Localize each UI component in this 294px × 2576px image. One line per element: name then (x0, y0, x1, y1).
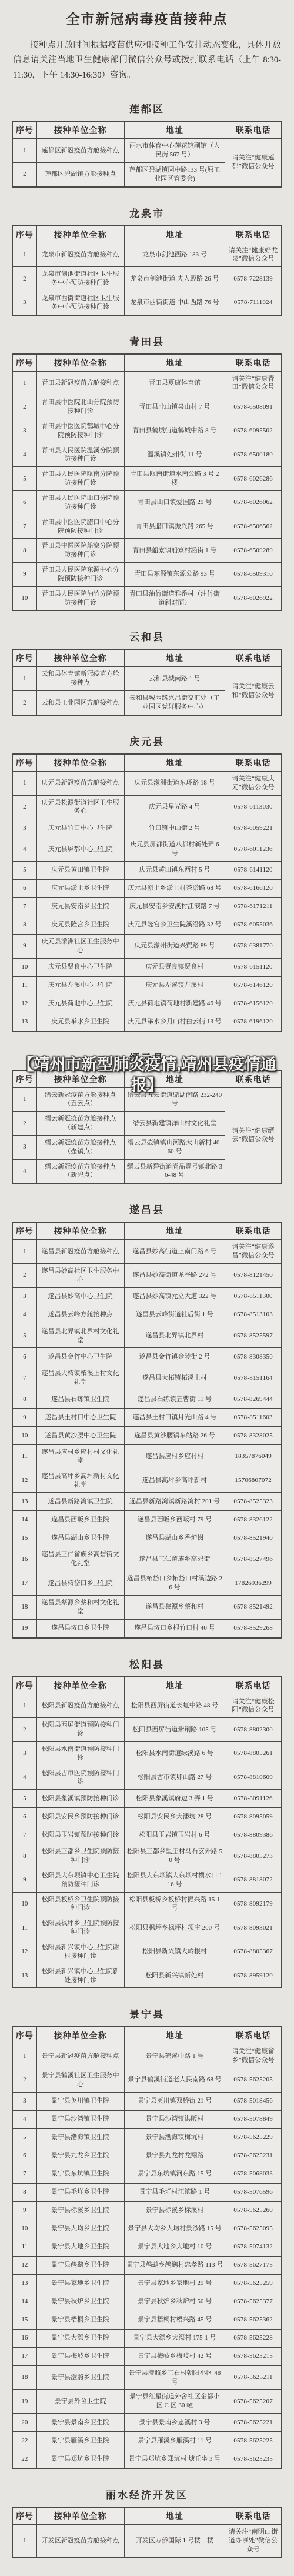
row-number-cell: 1 (12, 139, 36, 163)
address-cell: 遂昌县应村乡应村村 (124, 1445, 225, 1469)
table-row: 18景宁县澄照乡卫生院景宁县澄照乡三石村朝阳小区 48 号0578-562521… (12, 2365, 282, 2390)
row-number-cell: 19 (12, 2390, 36, 2414)
row-number-cell: 5 (12, 467, 36, 491)
address-cell: 青田县腊口镇振兴路 265 号 (124, 515, 225, 539)
address-cell: 丽水市体育中心莲花馆副馆（人民街 567 号） (124, 139, 225, 163)
address-cell: 青田县船寮镇船寮村涵街 1 号 (124, 539, 225, 563)
unit-name-cell: 景宁县梅岐乡卫生院 (36, 2347, 124, 2365)
phone-cell: 请关注“南明山街道办事处”微信公众号 (225, 2525, 282, 2558)
table-row: 19遂昌县垵口乡卫生院遂昌县垵口乡根竹口村 40 号0578-8529268 (12, 1619, 282, 1638)
vaccination-table: 序号接种单位全称地址联系电话1松阳县新冠疫苗方舱接种点松阳县西屏街道长虹中路 4… (12, 1676, 282, 1989)
unit-name-cell: 景宁县家地乡卫生院 (36, 2274, 124, 2293)
phone-cell: 0578-6141120 (225, 861, 282, 879)
table-row: 6庆元县淤上乡卫生院庆元县淤上乡淤上村茶淤路 68 号0578-6166120 (12, 879, 282, 897)
vaccination-table: 序号接种单位全称地址联系电话1庆元县新冠疫苗方舱接种点庆元县濛洲街道东环路 18… (12, 753, 282, 1032)
address-cell: 景宁县秋炉乡秋炉村 50 号 (124, 2293, 225, 2311)
unit-name-cell: 庆元县举水乡卫生院 (36, 1013, 124, 1032)
row-number-cell: 10 (12, 1892, 36, 1916)
phone-cell: 请关注“健康莲都”微信公众号 (225, 139, 282, 187)
watermark-text: 【靖州市新型肺炎疫情,靖州县疫情通报】 (0, 1055, 294, 1096)
table-row: 5景宁县渤海镇卫生院景宁县渤海镇梅坑村0578-5625229 (12, 2128, 282, 2147)
unit-name-cell: 松阳县新冠疫苗方舱接种点 (36, 1694, 124, 1718)
table-row: 7景宁县东坑镇卫生院景宁县东坑镇河东路 15 号0578-5068033 (12, 2165, 282, 2183)
column-header: 地址 (124, 121, 225, 139)
table-row: 9青田县人民医院东源中心分院预防接种门诊青田县东源镇东源公路 93 号0578-… (12, 563, 282, 587)
section-title: 莲都区 (12, 101, 282, 115)
table-row: 7庆元县安南乡卫生院庆元县安南乡安溪村江滨路 7 号0578-6171211 (12, 897, 282, 916)
table-row: 12遂昌县高坪乡高坪新村文化礼堂遂昌县高坪乡高坪新村15706807072 (12, 1469, 282, 1493)
phone-cell: 0578-5625215 (225, 2347, 282, 2365)
address-cell: 景宁县渤海镇梅坑村 (124, 2128, 225, 2147)
row-number-cell: 8 (12, 916, 36, 934)
row-number-cell: 14 (12, 1511, 36, 1529)
table-row: 4景宁县沙湾镇卫生院景宁县沙湾镇洪畈村0578-5078849 (12, 2110, 282, 2128)
table-row: 16遂昌县三仁畲族乡高碧街文化礼堂遂昌县三仁畲族乡高碧街0578-8527496 (12, 1547, 282, 1571)
row-number-cell: 1 (12, 2044, 36, 2068)
address-cell: 庆元县星光路 4 号 (124, 795, 225, 819)
row-number-cell: 13 (12, 1493, 36, 1511)
phone-cell: 0578-8521940 (225, 1529, 282, 1547)
document-page: 全市新冠病毒疫苗接种点 接种点开放时间根据疫苗供应和接种工作安排动态变化，具体开… (0, 0, 294, 2576)
phone-cell: 0578-5625211 (225, 2365, 282, 2390)
unit-name-cell: 松阳县安民乡预防接种门诊 (36, 1808, 124, 1826)
address-cell: 景宁县大漈乡大漈村 175-1 号 (124, 2329, 225, 2347)
phone-cell: 0578-5625259 (225, 2274, 282, 2293)
phone-cell: 0578-8805261 (225, 1741, 282, 1766)
column-header: 联系电话 (225, 354, 282, 372)
table-row: 6遂昌县金竹中心卫生院遂昌县金竹镇金陵街 2 号0578-8308350 (12, 1348, 282, 1366)
unit-name-cell: 松阳县大东坝镇中心卫生院预防接种门诊 (36, 1868, 124, 1892)
phone-cell: 0578-5074132 (225, 2238, 282, 2256)
address-cell: 景宁县郑坑乡郑坑村 塘丘坐 3 号 (124, 2450, 225, 2469)
column-header: 序号 (12, 354, 36, 372)
row-number-cell: 20 (12, 2414, 36, 2432)
unit-name-cell: 庆元县竹口中心卫生院 (36, 819, 124, 837)
phone-cell: 0578-5625231 (225, 2147, 282, 2165)
column-header: 序号 (12, 121, 36, 139)
phone-cell: 0578-8151164 (225, 1366, 282, 1390)
unit-name-cell: 开发区新冠疫苗方舱接种点 (36, 2525, 124, 2558)
address-cell: 景宁县鹤溪中路 1 号 (124, 2044, 225, 2068)
address-cell: 景宁县梅岐乡梅岐村 42 号 (124, 2347, 225, 2365)
header-row: 序号接种单位全称地址联系电话 (12, 649, 282, 667)
unit-name-cell: 遂昌县湖山乡卫生院 (36, 1529, 124, 1547)
unit-name-cell: 青田县人民医院温溪分院预防接种门诊 (36, 443, 124, 467)
phone-cell: 0578-7111024 (225, 291, 282, 315)
row-number-cell: 7 (12, 897, 36, 916)
phone-cell: 请关注“健康好龙泉”微信公众号 (225, 243, 282, 267)
phone-cell: 0578-6196120 (225, 1013, 282, 1032)
row-number-cell: 16 (12, 1547, 36, 1571)
table-row: 8松阳县三都乡卫生院预防接种门诊松阳县三都乡里庄村马石玄外路 50 号0578-… (12, 1844, 282, 1868)
table-row: 8庆元县隆宫乡卫生院庆元县隆宫乡卫生院溪沿路 32 号0578-6055036 (12, 916, 282, 934)
unit-name-cell: 庆元县隆宫乡卫生院 (36, 916, 124, 934)
address-cell: 遂昌县三仁畲族乡高碧街 (124, 1547, 225, 1571)
unit-name-cell: 松阳县新兴镇中心卫生院谢村接种门诊 (36, 1940, 124, 1964)
row-number-cell: 2 (12, 267, 36, 291)
address-cell: 遂昌县北界镇北界村 (124, 1324, 225, 1348)
row-number-cell: 1 (12, 1694, 36, 1718)
row-number-cell: 15 (12, 2311, 36, 2329)
address-cell: 云和县城南路 1 号 (124, 667, 225, 691)
vaccination-table: 序号接种单位全称地址联系电话1云和县体育馆新冠疫苗方舱接种点云和县城南路 1 号… (12, 649, 282, 715)
section-title: 松阳县 (12, 1656, 282, 1671)
phone-cell: 0578-6509289 (225, 539, 282, 563)
phone-cell: 0578-8093021 (225, 1916, 282, 1940)
header-row: 序号接种单位全称地址联系电话 (12, 1677, 282, 1694)
section-title: 遂昌县 (12, 1202, 282, 1216)
table-row: 2庆元县松源街道社区卫生服务心庆元县星光路 4 号0578-6113030 (12, 795, 282, 819)
table-row: 9庆元县濛洲社区卫生服务中心庆元县濛州街道兴贸路 89 号0578-638177… (12, 934, 282, 958)
row-number-cell: 4 (12, 1159, 36, 1183)
unit-name-cell: 景宁县鹤溪社区卫生服务中心 (36, 2068, 124, 2093)
table-row: 3景宁县英川镇卫生院景宁县英川镇双桥街 21 号0578-5018456 (12, 2092, 282, 2110)
address-cell: 遂昌县新路湾镇新路湾村 201 号 (124, 1493, 225, 1511)
address-cell: 景宁县大均乡大均村景沙路 15 号 (124, 2220, 225, 2238)
table-row: 10庆元县贤良中心卫生院庆元县贤良镇贤良村0578-6151120 (12, 958, 282, 976)
address-cell: 缙云县新碧街道尚品壹号镇北路 36-48 号 (124, 1159, 225, 1183)
unit-name-cell: 景宁县新冠疫苗方舱接种点 (36, 2044, 124, 2068)
table-row: 13遂昌县新路湾镇卫生院遂昌县新路湾镇新路湾村 201 号0578-852532… (12, 1493, 282, 1511)
address-cell: 遂昌县垵口乡根竹口村 40 号 (124, 1619, 225, 1638)
column-header: 地址 (124, 226, 225, 243)
unit-name-cell: 缙云新冠疫苗方舱接种点（新碧点） (36, 1159, 124, 1183)
row-number-cell: 10 (12, 2220, 36, 2238)
address-cell: 松阳县象溪镇府边 3 弄 1 号 (124, 1790, 225, 1808)
unit-name-cell: 遂昌县妙高中心卫生院 (36, 1287, 124, 1306)
unit-name-cell: 青田县中医医院船寮分院预防接种门诊 (36, 539, 124, 563)
address-cell: 庆元县安南乡安溪村江滨路 7 号 (124, 897, 225, 916)
address-cell: 遂昌县柘岱口乡柘岱口村溪边路 26 号 (124, 1571, 225, 1596)
column-header: 序号 (12, 2507, 36, 2525)
phone-cell: 0578-6381770 (225, 934, 282, 958)
unit-name-cell: 景宁县梧桐乡卫生院 (36, 2311, 124, 2329)
address-cell: 龙泉市剑池西路 183 号 (124, 243, 225, 267)
address-cell: 松阳县玉岩镇玉岩村 6 号 (124, 1826, 225, 1844)
column-header: 联系电话 (225, 121, 282, 139)
address-cell: 景宁县英川镇双桥街 21 号 (124, 2092, 225, 2110)
address-cell: 遂昌县黄沙腰镇车站路 26 号 (124, 1427, 225, 1445)
unit-name-cell: 景宁县标溪乡卫生院 (36, 2201, 124, 2220)
column-header: 接种单位全称 (36, 1222, 124, 1240)
table-row: 4遂昌县云峰方舱接种点遂昌县云峰街道社后街 1 号0578-8513103 (12, 1306, 282, 1324)
phone-cell: 0578-8810609 (225, 1766, 282, 1790)
column-header: 序号 (12, 649, 36, 667)
table-row: 11松阳县枫坪乡卫生院预防接种门诊松阳县枫坪乡枫坪村项庄 200 号0578-8… (12, 1916, 282, 1940)
address-cell: 遂昌县蔡源乡蔡和村 (124, 1595, 225, 1619)
address-cell: 景宁县景南乡忠溪村 3 号 (124, 2414, 225, 2432)
column-header: 序号 (12, 1222, 36, 1240)
row-number-cell: 9 (12, 563, 36, 587)
table-row: 17景宁县梅岐乡卫生院景宁县梅岐乡梅岐村 42 号0578-5625215 (12, 2347, 282, 2365)
column-header: 地址 (124, 754, 225, 772)
row-number-cell: 4 (12, 1766, 36, 1790)
address-cell: 庆元县濛州街道兴贸路 89 号 (124, 934, 225, 958)
table-row: 1开发区新冠疫苗方舱接种点开发区万侨国际 1 号楼一楼请关注“南明山街道办事处”… (12, 2525, 282, 2558)
row-number-cell: 11 (12, 1445, 36, 1469)
row-number-cell: 8 (12, 1844, 36, 1868)
row-number-cell: 7 (12, 2165, 36, 2183)
table-row: 5遂昌县北界镇北界村文化礼堂遂昌县北界镇北界村0578-8525597 (12, 1324, 282, 1348)
address-cell: 松阳县西屏街道长虹中路 48 号 (124, 1694, 225, 1718)
phone-cell: 0578-8809386 (225, 1826, 282, 1844)
unit-name-cell: 景宁县外舍卫生院 (36, 2390, 124, 2414)
address-cell: 松阳县枫坪乡枫坪村项庄 200 号 (124, 1916, 225, 1940)
table-row: 6青田县人民医院山口分院预防接种门诊青田县山口镇爱国路 29 号0578-602… (12, 491, 282, 515)
phone-cell: 0578-6508091 (225, 395, 282, 419)
address-cell: 庆元县屏都街道八都村新处弄 6 号 (124, 837, 225, 862)
header-row: 序号接种单位全称地址联系电话 (12, 354, 282, 372)
column-header: 联系电话 (225, 649, 282, 667)
unit-name-cell: 遂昌县云峰方舱接种点 (36, 1306, 124, 1324)
phone-cell: 0578-8818072 (225, 1868, 282, 1892)
table-row: 7遂昌县大柘镇柘溪上村文化礼堂遂昌县大柘镇柘溪上村0578-8151164 (12, 1366, 282, 1390)
column-header: 序号 (12, 226, 36, 243)
table-row: 1遂昌县新冠疫苗方舱接种点遂昌县妙高街道上南门路 6 号请关注“健康遂昌”微信公… (12, 1240, 282, 1264)
table-row: 6松阳县安民乡预防接种门诊松阳县安民乡大潘坑 28 号0578-8095059 (12, 1808, 282, 1826)
column-header: 联系电话 (225, 1222, 282, 1240)
phone-cell: 请关注“健康云和”微信公众号 (225, 667, 282, 715)
unit-name-cell: 景宁县沙湾镇卫生院 (36, 2110, 124, 2128)
phone-cell: 请关注“健康松阳”微信公众号 (225, 1694, 282, 1718)
column-header: 序号 (12, 2027, 36, 2044)
phone-cell: 0578-5625225 (225, 2432, 282, 2450)
unit-name-cell: 遂昌县垵口乡卫生院 (36, 1619, 124, 1638)
unit-name-cell: 景宁县英川镇卫生院 (36, 2092, 124, 2110)
address-cell: 莲都区碧湖镇园中路133 号(原工业园区管委会) (124, 162, 225, 186)
table-row: 22景宁县雁溪乡卫生院景宁县雁溪乡雁溪村 11 号0578-5625225 (12, 2432, 282, 2450)
address-cell: 青田县山口镇爱国路 29 号 (124, 491, 225, 515)
table-row: 10遂昌县黄沙腰中心卫生院遂昌县黄沙腰镇车站路 26 号0578-8328025 (12, 1427, 282, 1445)
table-row: 12松阳县新兴镇中心卫生院谢村接种门诊松阳县新兴镇大岭根村0578-880536… (12, 1940, 282, 1964)
address-cell: 青田县油竹街道雅岙村（油竹街道斜对面） (124, 586, 225, 610)
unit-name-cell: 青田县中医医院腊口中心分院预防接种门诊 (36, 515, 124, 539)
unit-name-cell: 莲都区碧湖镇方舱接种点 (36, 162, 124, 186)
unit-name-cell: 遂昌县应村乡应村村文化礼堂 (36, 1445, 124, 1469)
table-row: 7松阳县玉岩镇预防接种门诊松阳县玉岩镇玉岩村 6 号0578-8809386 (12, 1826, 282, 1844)
row-number-cell: 9 (12, 1868, 36, 1892)
row-number-cell: 9 (12, 934, 36, 958)
phone-cell: 0578-8269444 (225, 1390, 282, 1409)
table-row: 3松阳县水南街道预防接种门诊松阳县水南街道绿溪路 6 号0578-8805261 (12, 1741, 282, 1766)
phone-cell: 0578-8511603 (225, 1409, 282, 1427)
row-number-cell: 16 (12, 2329, 36, 2347)
table-row: 4松阳县古市医院预防接种门诊松阳县古市镇卯山路 27 号0578-8810609 (12, 1766, 282, 1790)
row-number-cell: 2 (12, 162, 36, 186)
phone-cell: 0578-6166120 (225, 879, 282, 897)
phone-cell: 0578-5625205 (225, 2068, 282, 2093)
phone-cell: 0578-6506562 (225, 515, 282, 539)
address-cell: 松阳县安民乡大潘坑 28 号 (124, 1808, 225, 1826)
address-cell: 温溪镇处州街 11 号 (124, 443, 225, 467)
row-number-cell: 18 (12, 2365, 36, 2390)
address-cell: 缙云县壶镇镇山河路大山新村 40-60 号 (124, 1135, 225, 1159)
phone-cell: 0578-8328025 (225, 1427, 282, 1445)
row-number-cell: 6 (12, 491, 36, 515)
address-cell: 庆元县举水乡月山村白云街 13 号 (124, 1013, 225, 1032)
unit-name-cell: 景宁县东坑镇卫生院 (36, 2165, 124, 2183)
unit-name-cell: 龙泉市剑池街道社区卫生服务中心预防接种门诊 (36, 267, 124, 291)
row-number-cell: 13 (12, 2274, 36, 2293)
address-cell: 遂昌县高坪乡高坪新村 (124, 1469, 225, 1493)
phone-cell: 0578-6095502 (225, 419, 282, 443)
section-title: 云和县 (12, 629, 282, 643)
district-section: 丽水经济开发区序号接种单位全称地址联系电话1开发区新冠疫苗方舱接种点开发区万侨国… (12, 2487, 282, 2558)
address-cell: 青田县瓯南街道水南公路 3 号 2 楼 (124, 467, 225, 491)
table-row: 1松阳县新冠疫苗方舱接种点松阳县西屏街道长虹中路 48 号请关注“健康松阳”微信… (12, 1694, 282, 1718)
phone-cell: 0578-5625228 (225, 2329, 282, 2347)
row-number-cell: 2 (12, 395, 36, 419)
phone-cell: 0578-6146120 (225, 976, 282, 995)
unit-name-cell: 松阳县新兴镇中心卫生院新处接种门诊 (36, 1964, 124, 1988)
phone-cell: 0578-5625221 (225, 2414, 282, 2432)
column-header: 联系电话 (225, 754, 282, 772)
address-cell: 景宁县标溪乡标溪村 (124, 2201, 225, 2220)
table-row: 2景宁县鹤溪社区卫生服务中心景宁县鹤溪街道老人民南路 68 号0578-5625… (12, 2068, 282, 2093)
intro-paragraph: 接种点开放时间根据疫苗供应和接种工作安排动态变化，具体开放信息请关注当地卫生健康… (13, 38, 281, 83)
phone-cell: 0578-5078849 (225, 2110, 282, 2128)
address-cell: 松阳县板桥乡板桥村振兴路 15-1 号 (124, 1892, 225, 1916)
vaccination-table: 序号接种单位全称地址联系电话1开发区新冠疫苗方舱接种点开发区万侨国际 1 号楼一… (12, 2507, 282, 2558)
table-row: 1景宁县新冠疫苗方舱接种点景宁县鹤溪中路 1 号请关注“健康畲乡”微信公众号 (12, 2044, 282, 2068)
column-header: 序号 (12, 1677, 36, 1694)
address-cell: 庆元县黄田镇东西村 5 号 (124, 861, 225, 879)
table-row: 5松阳县象溪镇预防接种门诊松阳县象溪镇府边 3 弄 1 号0578-809112… (12, 1790, 282, 1808)
district-section: 青田县序号接种单位全称地址联系电话1青田县新冠疫苗方舱接种点青田县夏康体育馆请关… (12, 333, 282, 612)
row-number-cell: 18 (12, 1595, 36, 1619)
table-row: 10景宁县大均乡卫生院景宁县大均乡大均村景沙路 15 号0578-5625095 (12, 2220, 282, 2238)
row-number-cell: 11 (12, 976, 36, 995)
table-row: 8青田县中医医院船寮分院预防接种门诊青田县船寮镇船寮村涵街 1 号0578-65… (12, 539, 282, 563)
column-header: 接种单位全称 (36, 2027, 124, 2044)
unit-name-cell: 松阳县水南街道预防接种门诊 (36, 1741, 124, 1766)
table-row: 11遂昌县应村乡应村村文化礼堂遂昌县应村乡应村村18357876049 (12, 1445, 282, 1469)
unit-name-cell: 景宁县景南乡卫生院 (36, 2414, 124, 2432)
table-row: 2龙泉市剑池街道社区卫生服务中心预防接种门诊龙泉市剑池街道 夫人殿路 26 号0… (12, 267, 282, 291)
row-number-cell: 13 (12, 1964, 36, 1988)
column-header: 联系电话 (225, 1677, 282, 1694)
address-cell: 遂昌县湖山乡香炉岗 (124, 1529, 225, 1547)
row-number-cell: 8 (12, 2183, 36, 2201)
unit-name-cell: 景宁县澄照乡卫生院 (36, 2365, 124, 2390)
address-cell: 庆元县濛洲街道东环路 18 号 (124, 771, 225, 795)
table-row: 9景宁县标溪乡卫生院景宁县标溪乡标溪村0578-5625260 (12, 2201, 282, 2220)
address-cell: 松阳县西屏街道紫荆路 105 号 (124, 1718, 225, 1742)
table-row: 1青田县新冠疫苗方舱接种点青田县夏康体育馆请关注“健康青田”微信公众号 (12, 371, 282, 395)
address-cell: 松阳县新兴镇新处村 (124, 1964, 225, 1988)
unit-name-cell: 遂昌县新路湾镇卫生院 (36, 1493, 124, 1511)
column-header: 联系电话 (225, 2507, 282, 2525)
row-number-cell: 2 (12, 1718, 36, 1742)
address-cell: 景宁县梧桐村梧兴路 45 号 (124, 2311, 225, 2329)
row-number-cell: 8 (12, 1390, 36, 1409)
phone-cell: 18357876049 (225, 1445, 282, 1469)
phone-cell: 0578-5625260 (225, 2201, 282, 2220)
address-cell: 遂昌县大柘镇柘溪上村 (124, 1366, 225, 1390)
row-number-cell: 4 (12, 1306, 36, 1324)
address-cell: 景宁县大地乡大地村 10 号 (124, 2238, 225, 2256)
table-row: 16景宁县大漈乡卫生院景宁县大漈乡大漈村 175-1 号0578-5625228 (12, 2329, 282, 2347)
address-cell: 庆元县荷地镇荷地村新建路 46 号 (124, 995, 225, 1013)
phone-cell: 0578-6011236 (225, 837, 282, 862)
address-cell: 松阳县新兴镇大岭根村 (124, 1940, 225, 1964)
table-row: 9遂昌县王村口中心卫生院遂昌县王村口镇月光山路 4 号0578-8511603 (12, 1409, 282, 1427)
row-number-cell: 6 (12, 879, 36, 897)
unit-name-cell: 庆元县淤上乡卫生院 (36, 879, 124, 897)
row-number-cell: 13 (12, 1013, 36, 1032)
table-row: 20景宁县景南乡卫生院景宁县景南乡忠溪村 3 号0578-5625221 (12, 2414, 282, 2432)
unit-name-cell: 庆元县左溪中心卫生院 (36, 976, 124, 995)
unit-name-cell: 景宁县渤海镇卫生院 (36, 2128, 124, 2147)
unit-name-cell: 遂昌县北界镇北界村文化礼堂 (36, 1324, 124, 1348)
phone-cell: 17826936299 (225, 1571, 282, 1596)
unit-name-cell: 龙泉市西街街道社区卫生服务中心预防接种门诊 (36, 291, 124, 315)
row-number-cell: 11 (12, 2238, 36, 2256)
table-row: 13松阳县新兴镇中心卫生院新处接种门诊松阳县新兴镇新处村0578-8959120 (12, 1964, 282, 1988)
row-number-cell: 5 (12, 1790, 36, 1808)
unit-name-cell: 庆元县屏都中心卫生院 (36, 837, 124, 862)
phone-cell: 0578-5625362 (225, 2311, 282, 2329)
phone-cell: 请关注“健康遂昌”微信公众号 (225, 1240, 282, 1264)
column-header: 接种单位全称 (36, 226, 124, 243)
phone-cell: 0578-8525323 (225, 1493, 282, 1511)
column-header: 接种单位全称 (36, 354, 124, 372)
district-section: 景宁县序号接种单位全称地址联系电话1景宁县新冠疫苗方舱接种点景宁县鹤溪中路 1 … (12, 2006, 282, 2469)
phone-cell: 0578-8121450 (225, 1264, 282, 1288)
row-number-cell: 17 (12, 2347, 36, 2365)
unit-name-cell: 缙云新冠疫苗方舱接种点（壶镇点） (36, 1135, 124, 1159)
unit-name-cell: 松阳县三都乡卫生院预防接种门诊 (36, 1844, 124, 1868)
vaccination-table: 序号接种单位全称地址联系电话1遂昌县新冠疫苗方舱接种点遂昌县妙高街道上南门路 6… (12, 1222, 282, 1638)
unit-name-cell: 松阳县板桥乡卫生院预防接种门诊 (36, 1892, 124, 1916)
table-row: 5青田县人民医院瓯南分院预防接种门诊青田县瓯南街道水南公路 3 号 2 楼057… (12, 467, 282, 491)
unit-name-cell: 龙泉市新冠疫苗方舱接种点 (36, 243, 124, 267)
address-cell: 竹口镇中山街 2 号 (124, 819, 225, 837)
unit-name-cell: 云和县体育馆新冠疫苗方舱接种点 (36, 667, 124, 691)
district-section: 云和县序号接种单位全称地址联系电话1云和县体育馆新冠疫苗方舱接种点云和县城南路 … (12, 629, 282, 715)
row-number-cell: 7 (12, 1826, 36, 1844)
unit-name-cell: 遂昌县高坪乡高坪新村文化礼堂 (36, 1469, 124, 1493)
row-number-cell: 17 (12, 1571, 36, 1596)
phone-cell: 0578-6026286 (225, 467, 282, 491)
sections-container: 莲都区序号接种单位全称地址联系电话1莲都区新冠疫苗方舱接种点丽水市体育中心莲花馆… (12, 101, 282, 2558)
phone-cell: 0578-5627175 (225, 2256, 282, 2274)
column-header: 联系电话 (225, 2027, 282, 2044)
unit-name-cell: 遂昌县柘岱口乡卫生院 (36, 1571, 124, 1596)
table-row: 1龙泉市新冠疫苗方舱接种点龙泉市剑池西路 183 号请关注“健康好龙泉”微信公众… (12, 243, 282, 267)
phone-cell: 0578-8525597 (225, 1324, 282, 1348)
unit-name-cell: 遂昌县西畈乡卫生院 (36, 1511, 124, 1529)
table-row: 10松阳县板桥乡卫生院预防接种门诊松阳县板桥乡板桥村振兴路 15-1 号0578… (12, 1892, 282, 1916)
vaccination-table: 序号接种单位全称地址联系电话1青田县新冠疫苗方舱接种点青田县夏康体育馆请关注“健… (12, 353, 282, 612)
unit-name-cell: 景宁县大均乡卫生院 (36, 2220, 124, 2238)
unit-name-cell: 松阳县古市医院预防接种门诊 (36, 1766, 124, 1790)
row-number-cell: 1 (12, 2525, 36, 2558)
section-title: 庆元县 (12, 733, 282, 748)
header-row: 序号接种单位全称地址联系电话 (12, 2507, 282, 2525)
row-number-cell: 3 (12, 291, 36, 315)
address-cell: 青田县北山镇泉山村 7 号 (124, 395, 225, 419)
unit-name-cell: 缙云新冠疫苗方舱接种点（新建点） (36, 1112, 124, 1136)
row-number-cell: 5 (12, 861, 36, 879)
phone-cell: 0578-8513103 (225, 1306, 282, 1324)
row-number-cell: 12 (12, 1469, 36, 1493)
row-number-cell: 5 (12, 1324, 36, 1348)
address-cell: 龙泉市剑池街道 夫人殿路 26 号 (124, 267, 225, 291)
address-cell: 景宁县家地乡家地村 29 号 (124, 2274, 225, 2293)
unit-name-cell: 遂昌县金竹中心卫生院 (36, 1348, 124, 1366)
phone-cell: 0578-5625377 (225, 2293, 282, 2311)
